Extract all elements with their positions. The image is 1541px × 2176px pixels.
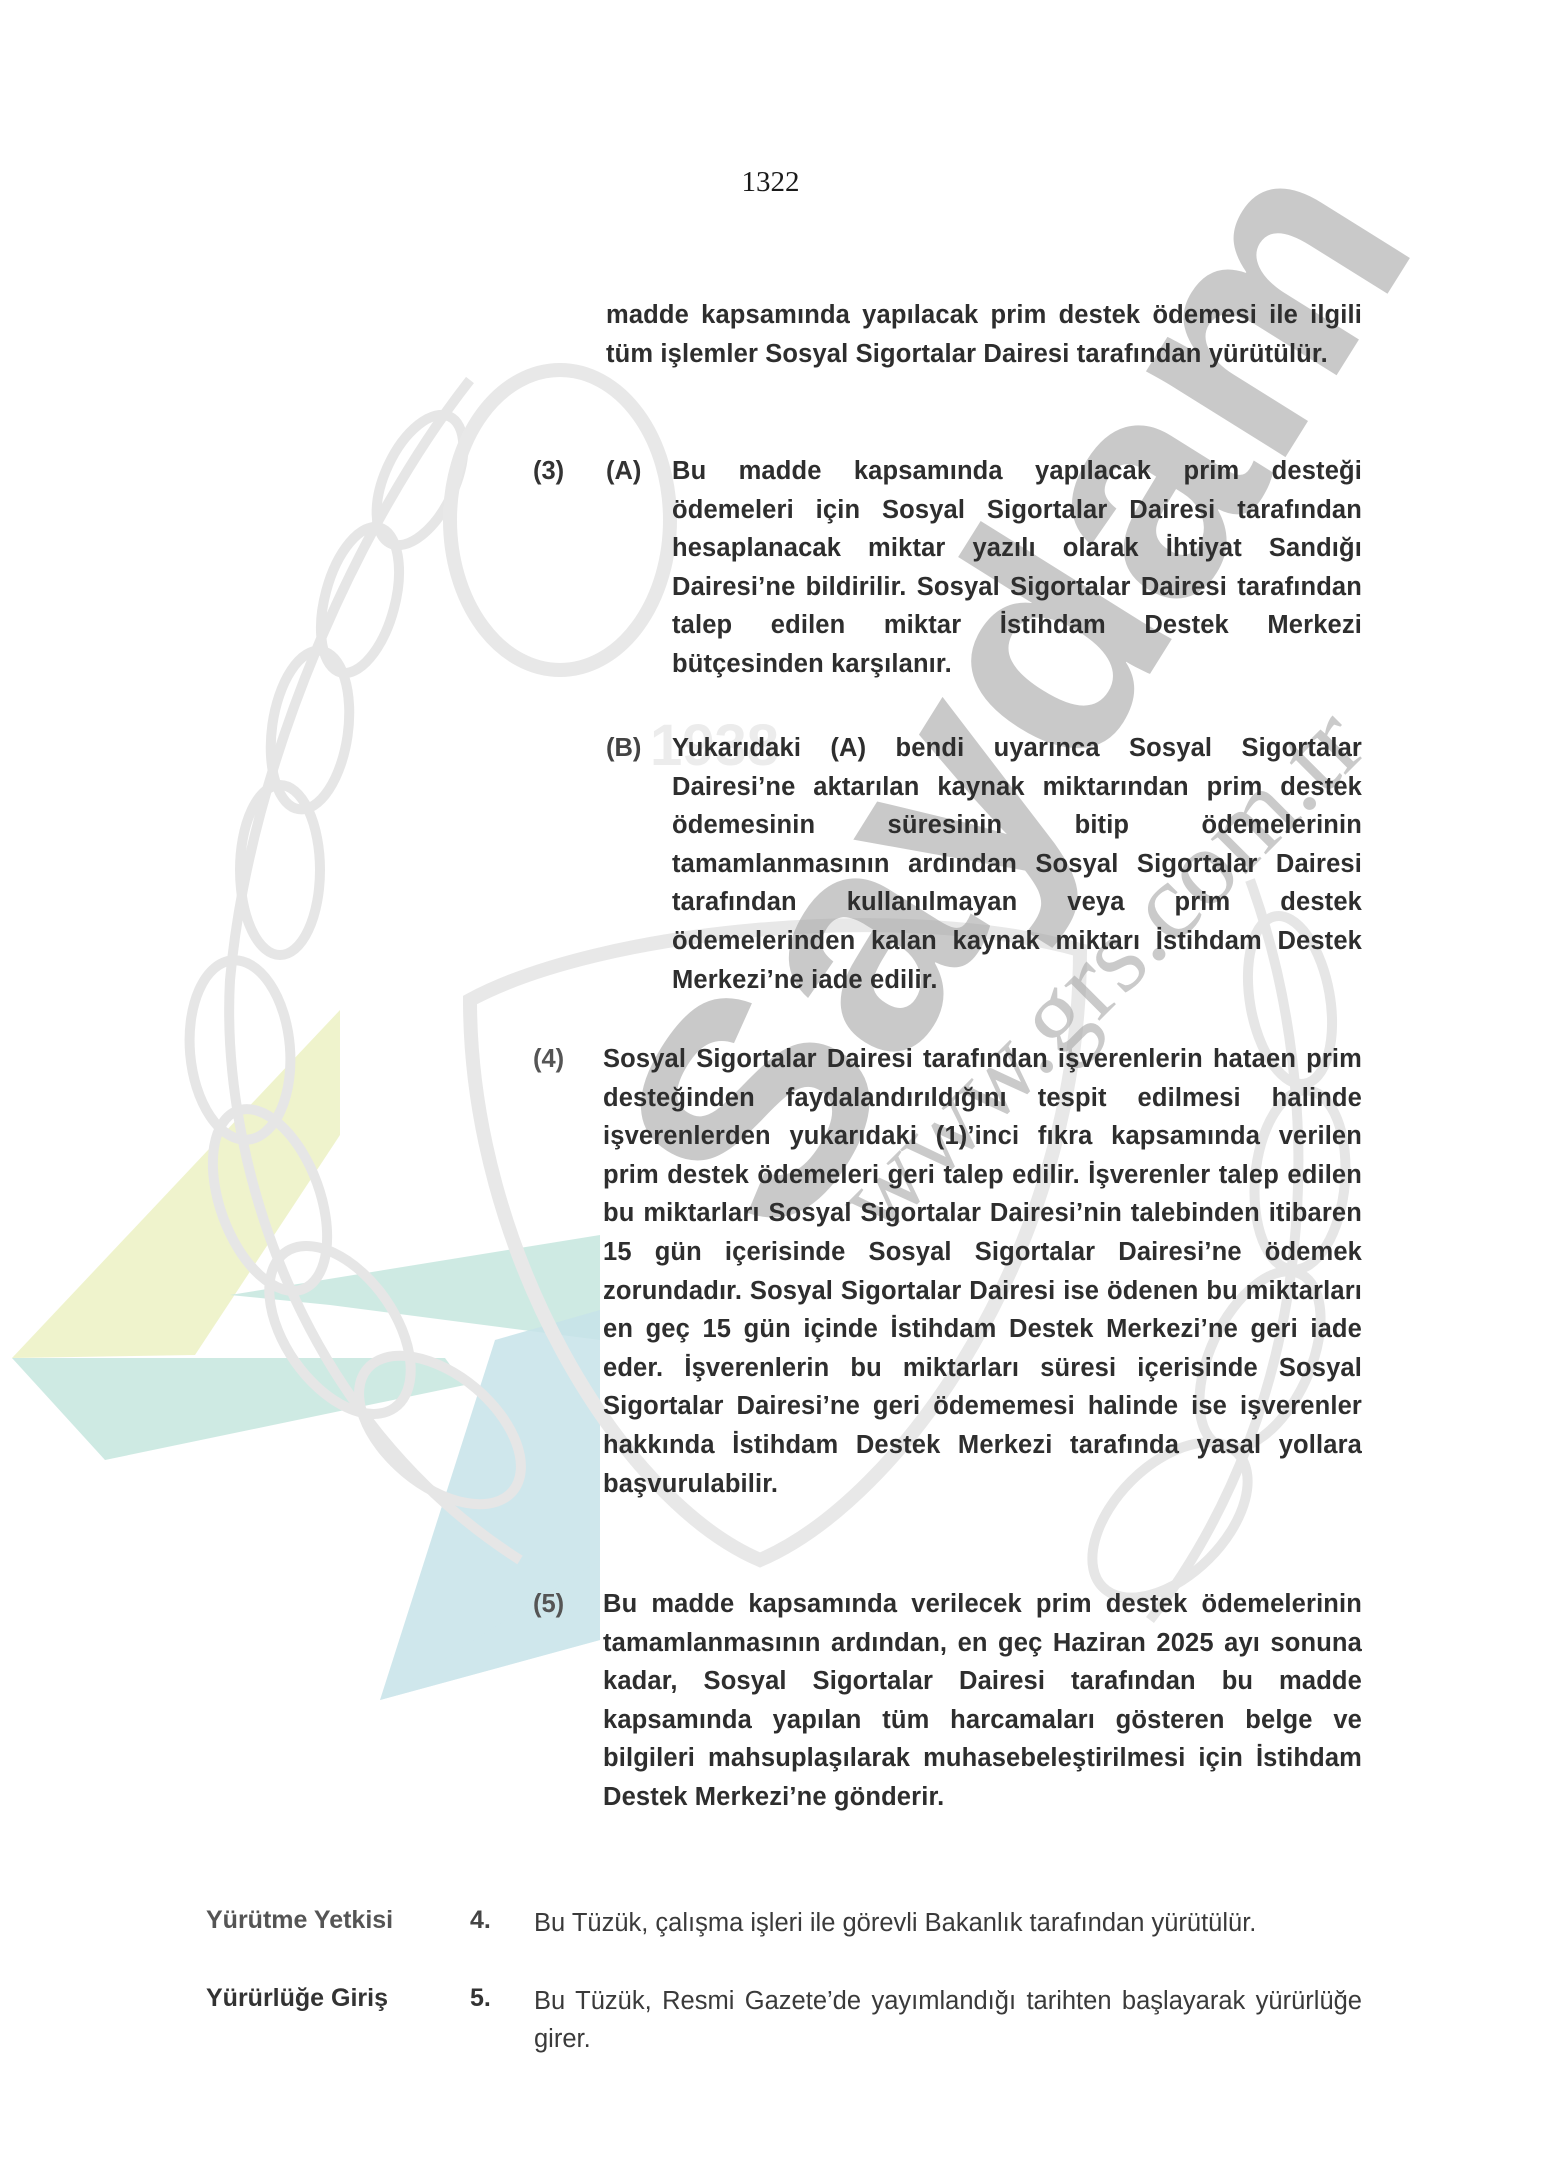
continuation-paragraph: madde kapsamında yapılacak prim destek ö… [606, 296, 1362, 373]
article-4-number: 4. [470, 1906, 491, 1935]
paragraph-3b-text: Yukarıdaki (A) bendi uyarınca Sosyal Sig… [672, 729, 1362, 999]
watermark-blue-shape [380, 1310, 600, 1700]
article-4-side-label: Yürütme Yetkisi [206, 1906, 393, 1935]
paragraph-5-text: Bu madde kapsamında verilecek prim deste… [603, 1585, 1362, 1817]
article-5-number: 5. [470, 1984, 491, 2013]
paragraph-4-number: (4) [533, 1040, 564, 1079]
watermark-yellow-shape [12, 1010, 340, 1358]
article-5-text: Bu Tüzük, Resmi Gazete’de yayımlandığı t… [534, 1982, 1362, 2058]
paragraph-3a-text: Bu madde kapsamında yapılacak prim deste… [672, 452, 1362, 684]
paragraph-5-number: (5) [533, 1585, 564, 1624]
watermark-teal-shape-2 [230, 1235, 600, 1340]
article-5-side-label: Yürürlüğe Giriş [206, 1984, 388, 2013]
article-4-text: Bu Tüzük, çalışma işleri ile görevli Bak… [534, 1904, 1364, 1942]
watermark-teal-shape-1 [12, 1358, 465, 1460]
paragraph-3a-label: (A) [606, 452, 641, 491]
paragraph-3-number: (3) [533, 452, 564, 491]
page-number: 1322 [0, 166, 1541, 199]
watermark-laurel-left [182, 380, 548, 1560]
paragraph-4-text: Sosyal Sigortalar Dairesi tarafından işv… [603, 1040, 1362, 1503]
watermark-blue-shape-2 [380, 1560, 600, 1700]
paragraph-3b-label: (B) [606, 729, 641, 768]
